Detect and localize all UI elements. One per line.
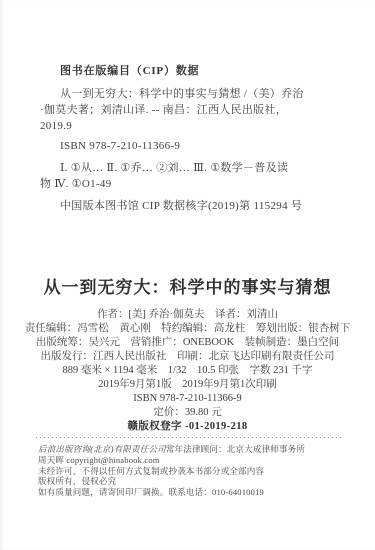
cip-heading: 图书在版编目（CIP）数据 bbox=[40, 63, 347, 79]
credit-coordination: 出版统筹：吴兴元 营销推广：ONEBOOK 装帧制造：墨白空间 bbox=[0, 336, 375, 350]
book-title: 从一到无穷大：科学中的事实与猜想 bbox=[0, 277, 375, 298]
cip-record-number: 中国版本图书馆 CIP 数据核字(2019)第 115294 号 bbox=[40, 198, 347, 214]
colophon-block: 从一到无穷大：科学中的事实与猜想 作者：[美] 乔治·伽莫夫 译者：刘清山 责任… bbox=[0, 277, 375, 434]
cip-title-line-1: 从一到无穷大：科学中的事实与猜想 /（美）乔治 bbox=[40, 86, 347, 102]
credit-publisher: 出版发行：江西人民出版社 印刷：北京飞达印刷有限责任公司 bbox=[0, 350, 375, 364]
credit-price: 定价：39.80 元 bbox=[0, 406, 375, 420]
credit-format: 889 毫米 × 1194 毫米 1/32 10.5 印张 字数 231 千字 bbox=[0, 364, 375, 378]
cip-classification-line-2: 物 Ⅳ. ①O1-49 bbox=[40, 176, 347, 192]
cip-isbn: ISBN 978-7-210-11366-9 bbox=[40, 138, 347, 154]
cip-title-line-2: ·伽莫夫著；刘清山译. -- 南昌：江西人民出版社， bbox=[40, 102, 347, 118]
authors-line: 作者：[美] 乔治·伽莫夫 译者：刘清山 bbox=[0, 308, 375, 322]
cip-classification-line-1: Ⅰ. ①从… Ⅱ. ①乔… ②刘… Ⅲ. ①数学－普及读 bbox=[40, 160, 347, 176]
dotted-separator bbox=[36, 437, 341, 439]
cip-title-line-3: 2019.9 bbox=[40, 118, 347, 134]
credit-editors: 责任编辑：冯雪松 黄心刚 特约编辑：高龙柱 筹划出版：银杏树下 bbox=[0, 322, 375, 336]
rights-notice-line: 版权所有，侵权必究 bbox=[38, 476, 355, 487]
cip-block: 图书在版编目（CIP）数据 从一到无穷大：科学中的事实与猜想 /（美）乔治 ·伽… bbox=[40, 63, 347, 214]
copy-notice-line: 未经许可，不得以任何方式复制或抄袭本书部分或全部内容 bbox=[38, 466, 355, 477]
credit-edition: 2019年9月第1版 2019年9月第1次印刷 bbox=[0, 378, 375, 392]
legal-counsel-line: 后浪出版咨询(北京)有限责任公司常年法律顾问：北京大成律师事务所 bbox=[38, 444, 355, 455]
credit-isbn: ISBN 978-7-210-11366-9 bbox=[0, 392, 375, 406]
quality-notice-line: 如有质量问题，请寄回印厂调换。联系电话：010-64010019 bbox=[38, 487, 355, 498]
legal-footer: 后浪出版咨询(北京)有限责任公司常年法律顾问：北京大成律师事务所 周天晖 cop… bbox=[38, 444, 355, 498]
legal-contact-line: 周天晖 copyright@hinabook.com bbox=[38, 455, 355, 466]
registration-number: 赣版权登字 -01-2019-218 bbox=[0, 420, 375, 434]
legal-company-name: 后浪出版咨询(北京)有限责任公司 bbox=[38, 444, 166, 454]
copyright-page: 图书在版编目（CIP）数据 从一到无穷大：科学中的事实与猜想 /（美）乔治 ·伽… bbox=[0, 0, 375, 550]
legal-counsel-text: 常年法律顾问：北京大成律师事务所 bbox=[166, 444, 305, 454]
